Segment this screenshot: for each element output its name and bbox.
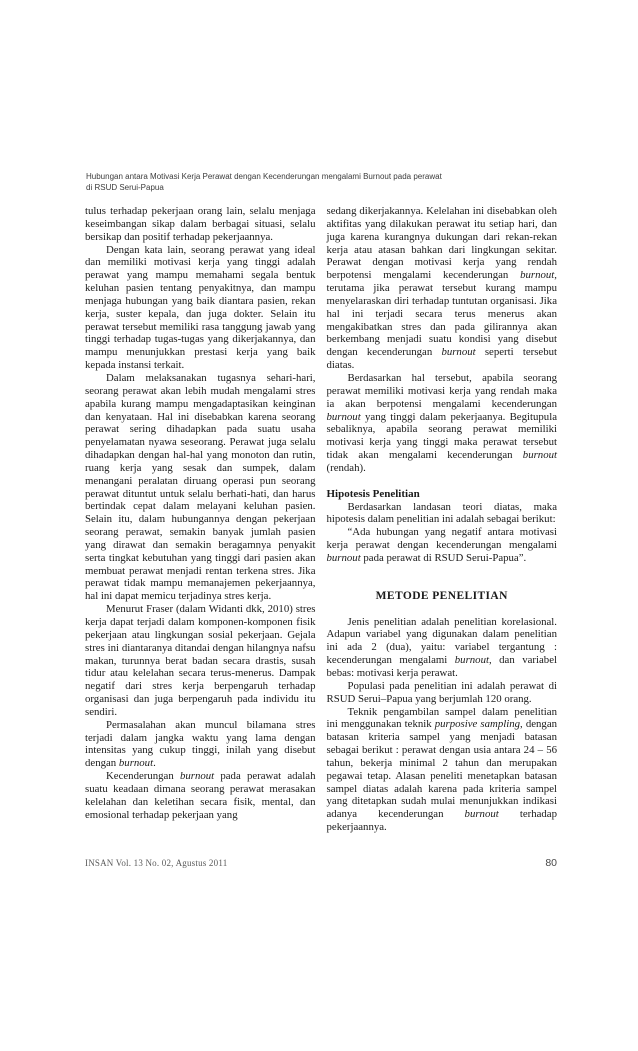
section-heading: METODE PENELITIAN [327, 590, 558, 603]
subsection-heading: Hipotesis Penelitian [327, 488, 558, 501]
running-head-line2: di RSUD Serui-Papua [86, 183, 546, 194]
page-number: 80 [545, 857, 557, 869]
paragraph: Dalam melaksanakan tugasnya sehari-hari,… [85, 372, 316, 603]
paragraph: Kecenderungan burnout pada perawat adala… [85, 770, 316, 821]
paragraph: Menurut Fraser (dalam Widanti dkk, 2010)… [85, 603, 316, 719]
page-footer: INSAN Vol. 13 No. 02, Agustus 2011 80 [85, 857, 557, 869]
paragraph: “Ada hubungan yang negatif antara motiva… [327, 526, 558, 565]
paragraph: Permasalahan akan muncul bilamana stres … [85, 719, 316, 770]
running-head-line1: Hubungan antara Motivasi Kerja Perawat d… [86, 172, 546, 183]
column-left: tulus terhadap pekerjaan orang lain, sel… [85, 205, 316, 834]
paragraph: Teknik pengambilan sampel dalam peneliti… [327, 706, 558, 834]
paragraph: Jenis penelitian adalah penelitian korel… [327, 616, 558, 680]
paragraph: Berdasarkan hal tersebut, apabila seoran… [327, 372, 558, 475]
body-columns: tulus terhadap pekerjaan orang lain, sel… [85, 205, 557, 834]
journal-reference: INSAN Vol. 13 No. 02, Agustus 2011 [85, 858, 227, 868]
column-right: sedang dikerjakannya. Kelelahan ini dise… [327, 205, 558, 834]
paragraph: sedang dikerjakannya. Kelelahan ini dise… [327, 205, 558, 372]
running-head: Hubungan antara Motivasi Kerja Perawat d… [86, 172, 546, 193]
paragraph: Berdasarkan landasan teori diatas, maka … [327, 501, 558, 527]
paragraph: Populasi pada penelitian ini adalah pera… [327, 680, 558, 706]
paper-page: Hubungan antara Motivasi Kerja Perawat d… [0, 0, 638, 1051]
paragraph: Dengan kata lain, seorang perawat yang i… [85, 244, 316, 372]
paragraph: tulus terhadap pekerjaan orang lain, sel… [85, 205, 316, 244]
